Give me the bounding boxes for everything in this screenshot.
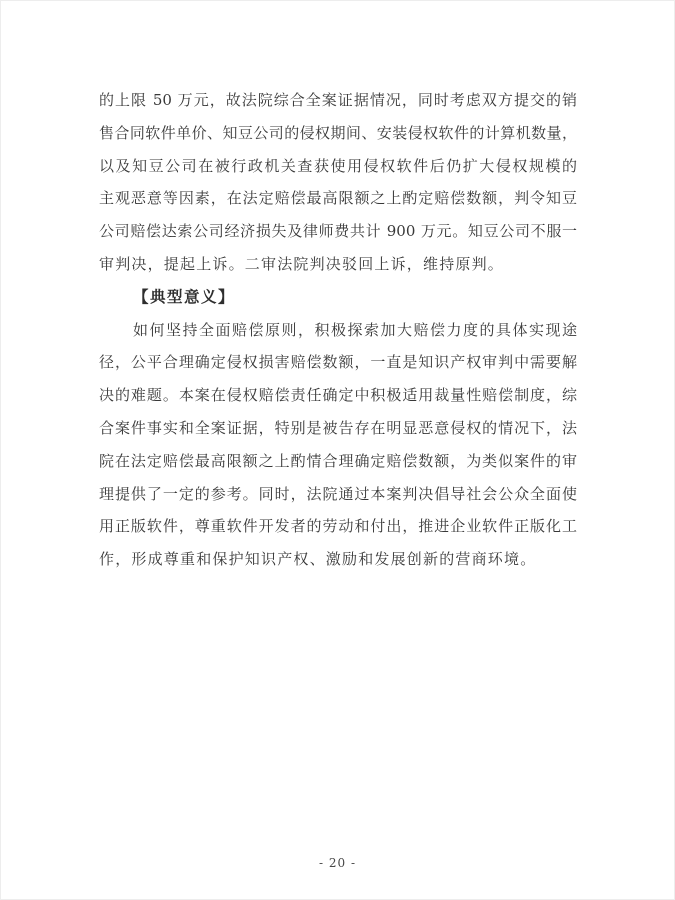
text-line: 理提供了一定的参考。同时，法院通过本案判决倡导社会公众全面使	[99, 478, 577, 511]
text-line: 的上限 50 万元，故法院综合全案证据情况，同时考虑双方提交的销	[99, 84, 577, 117]
text-line: 合案件事实和全案证据，特别是被告存在明显恶意侵权的情况下，法	[99, 412, 577, 445]
paragraph-case-result: 的上限 50 万元，故法院综合全案证据情况，同时考虑双方提交的销 售合同软件单价…	[99, 84, 577, 281]
text-line: 审判决，提起上诉。二审法院判决驳回上诉，维持原判。	[99, 248, 577, 281]
text-line: 公司赔偿达索公司经济损失及律师费共计 900 万元。知豆公司不服一	[99, 215, 577, 248]
text-line: 径，公平合理确定侵权损害赔偿数额，一直是知识产权审判中需要解	[99, 346, 577, 379]
page-number: - 20 -	[0, 856, 675, 870]
text-line: 决的难题。本案在侵权赔偿责任确定中积极适用裁量性赔偿制度，综	[99, 379, 577, 412]
text-line: 以及知豆公司在被行政机关查获使用侵权软件后仍扩大侵权规模的	[99, 150, 577, 183]
paragraph-typical-significance: 如何坚持全面赔偿原则，积极探索加大赔偿力度的具体实现途 径，公平合理确定侵权损害…	[99, 314, 577, 576]
document-body: 的上限 50 万元，故法院综合全案证据情况，同时考虑双方提交的销 售合同软件单价…	[99, 84, 577, 576]
section-heading-typical-significance: 【典型意义】	[99, 281, 577, 314]
document-page: 的上限 50 万元，故法院综合全案证据情况，同时考虑双方提交的销 售合同软件单价…	[0, 0, 675, 900]
text-line: 作，形成尊重和保护知识产权、激励和发展创新的营商环境。	[99, 543, 577, 576]
text-line: 院在法定赔偿最高限额之上酌情合理确定赔偿数额，为类似案件的审	[99, 445, 577, 478]
text-line: 售合同软件单价、知豆公司的侵权期间、安装侵权软件的计算机数量，	[99, 117, 577, 150]
text-line: 主观恶意等因素，在法定赔偿最高限额之上酌定赔偿数额，判令知豆	[99, 182, 577, 215]
text-line: 用正版软件，尊重软件开发者的劳动和付出，推进企业软件正版化工	[99, 510, 577, 543]
text-line: 如何坚持全面赔偿原则，积极探索加大赔偿力度的具体实现途	[99, 314, 577, 347]
